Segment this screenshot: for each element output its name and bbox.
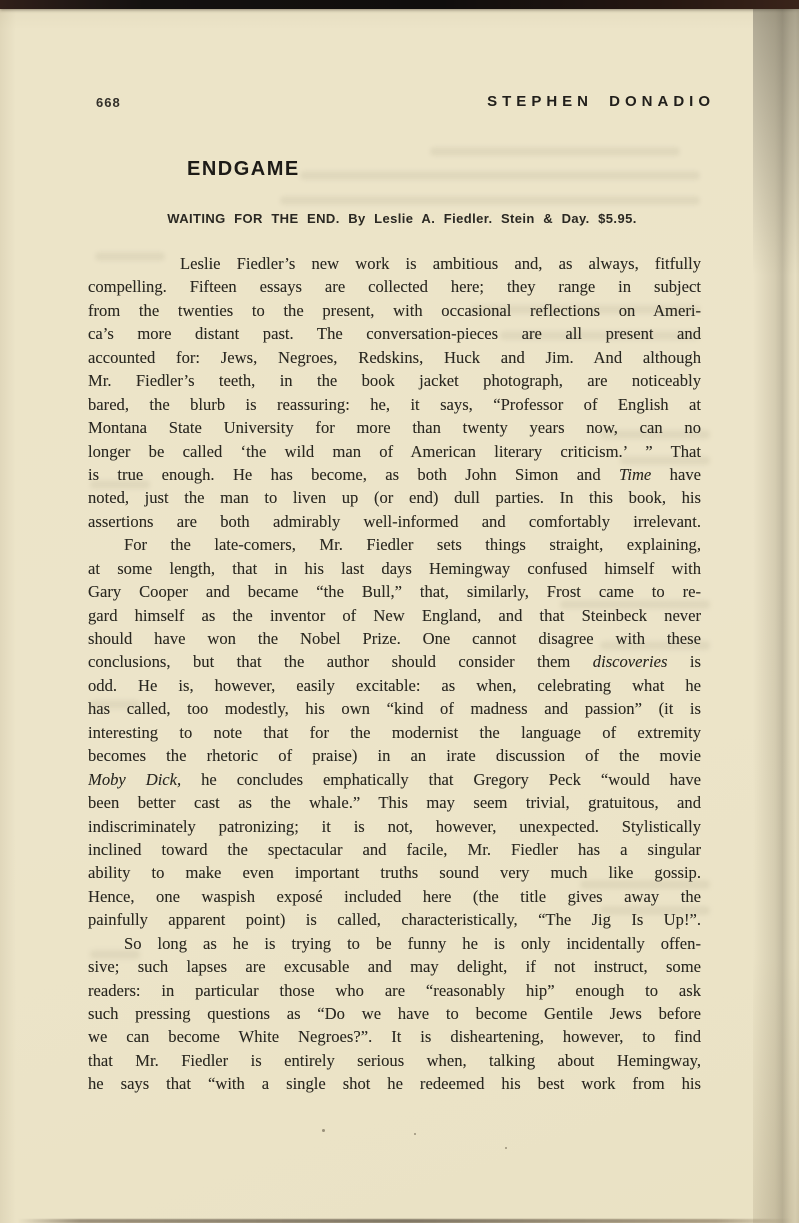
text-line: Mr. Fiedler’s teeth, in the book jacket …	[88, 369, 701, 392]
text-line: For the late-comers, Mr. Fiedler sets th…	[88, 533, 701, 556]
text-line: bared, the blurb is reassuring: he, it s…	[88, 393, 701, 416]
text-line: Hence, one waspish exposé included here …	[88, 885, 701, 908]
text-line: conclusions, but that the author should …	[88, 650, 701, 673]
text-line: Montana State University for more than t…	[88, 416, 701, 439]
text-line: should have won the Nobel Prize. One can…	[88, 627, 701, 650]
text-line: that Mr. Fiedler is entirely serious whe…	[88, 1049, 701, 1072]
paper-speck	[414, 1133, 416, 1135]
text-line: Leslie Fiedler’s new work is ambitious a…	[88, 252, 701, 275]
text-line: painfully apparent point) is called, cha…	[88, 908, 701, 931]
text-line: is true enough. He has become, as both J…	[88, 463, 701, 486]
text-line: assertions are both admirably well-infor…	[88, 510, 701, 533]
text-line: Gary Cooper and became “the Bull,” that,…	[88, 580, 701, 603]
text-line: becomes the rhetoric of praise) in an ir…	[88, 744, 701, 767]
body-text: Leslie Fiedler’s new work is ambitious a…	[88, 252, 701, 1096]
text-line: Moby Dick, he concludes emphatically tha…	[88, 768, 701, 791]
page-number: 668	[96, 95, 121, 110]
text-line: at some length, that in his last days He…	[88, 557, 701, 580]
text-line: interesting to note that for the moderni…	[88, 721, 701, 744]
text-line: odd. He is, however, easily excitable: a…	[88, 674, 701, 697]
paragraph: So long as he is trying to be funny he i…	[88, 932, 701, 1096]
text-line: gard himself as the inventor of New Engl…	[88, 604, 701, 627]
running-header-author: STEPHEN DONADIO	[487, 93, 715, 110]
text-line: indiscriminately patronizing; it is not,…	[88, 815, 701, 838]
text-line: we can become White Negroes?”. It is dis…	[88, 1025, 701, 1048]
text-line: has called, too modestly, his own “kind …	[88, 697, 701, 720]
text-line: inclined toward the spectacular and faci…	[88, 838, 701, 861]
text-line: he says that “with a single shot he rede…	[88, 1072, 701, 1095]
paper-speck	[505, 1147, 507, 1149]
text-line: longer be called ‘the wild man of Americ…	[88, 440, 701, 463]
text-line: noted, just the man to liven up (or end)…	[88, 486, 701, 509]
text-line: from the twenties to the present, with o…	[88, 299, 701, 322]
paper-speck	[322, 1129, 325, 1132]
text-line: So long as he is trying to be funny he i…	[88, 932, 701, 955]
paragraph: For the late-comers, Mr. Fiedler sets th…	[88, 533, 701, 931]
text-line: such pressing questions as “Do we have t…	[88, 1002, 701, 1025]
book-citation: WAITING FOR THE END. By Leslie A. Fiedle…	[96, 211, 708, 226]
article-title: ENDGAME	[187, 158, 300, 181]
text-line: accounted for: Jews, Negroes, Redskins, …	[88, 346, 701, 369]
book-page-scan: 668 STEPHEN DONADIO ENDGAME WAITING FOR …	[0, 0, 799, 1223]
text-line: readers: in particular those who are “re…	[88, 979, 701, 1002]
paragraph: Leslie Fiedler’s new work is ambitious a…	[88, 252, 701, 533]
text-line: ca’s more distant past. The conversation…	[88, 322, 701, 345]
text-line: been better cast as the whale.” This may…	[88, 791, 701, 814]
text-line: ability to make even important truths so…	[88, 861, 701, 884]
text-line: compelling. Fifteen essays are collected…	[88, 275, 701, 298]
text-line: sive; such lapses are excusable and may …	[88, 955, 701, 978]
